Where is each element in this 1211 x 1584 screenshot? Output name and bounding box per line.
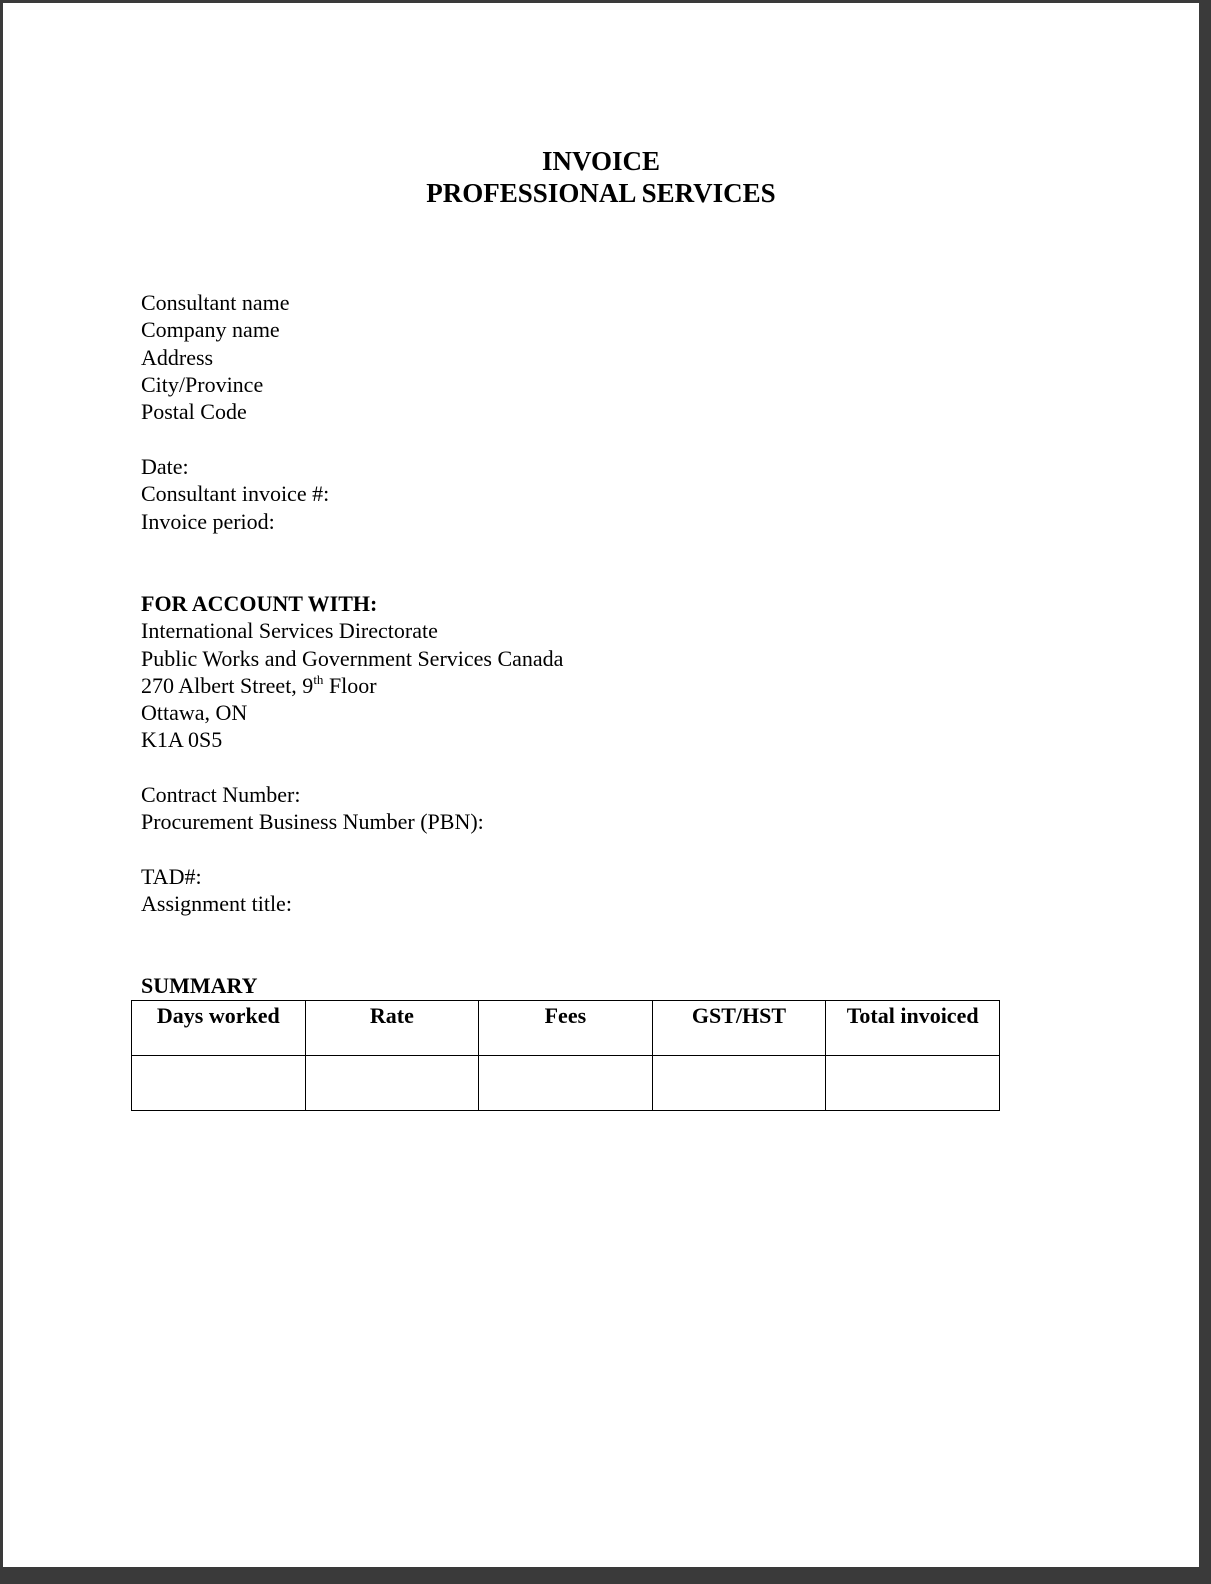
consultant-name: Consultant name: [141, 289, 289, 316]
invoice-title: INVOICE: [3, 145, 1199, 177]
cell-total-invoiced: [826, 1056, 1000, 1111]
account-department: Public Works and Government Services Can…: [141, 645, 563, 672]
account-city: Ottawa, ON: [141, 699, 563, 726]
col-gst-hst: GST/HST: [652, 1001, 826, 1056]
account-with: FOR ACCOUNT WITH: International Services…: [141, 590, 563, 754]
cell-rate: [305, 1056, 479, 1111]
col-fees: Fees: [479, 1001, 653, 1056]
city-province: City/Province: [141, 371, 289, 398]
table-row: [132, 1056, 1000, 1111]
tad-label: TAD#:: [141, 863, 292, 890]
summary-table: Days worked Rate Fees GST/HST Total invo…: [131, 1000, 1000, 1111]
pbn-label: Procurement Business Number (PBN):: [141, 808, 484, 835]
cell-gst-hst: [652, 1056, 826, 1111]
company-name: Company name: [141, 316, 289, 343]
assignment-info: TAD#: Assignment title:: [141, 863, 292, 918]
invoice-subtitle: PROFESSIONAL SERVICES: [3, 177, 1199, 209]
invoice-info: Date: Consultant invoice #: Invoice peri…: [141, 453, 329, 535]
invoice-number-label: Consultant invoice #:: [141, 480, 329, 507]
address: Address: [141, 344, 289, 371]
consultant-info: Consultant name Company name Address Cit…: [141, 289, 289, 425]
account-street: 270 Albert Street, 9th Floor: [141, 672, 563, 699]
account-directorate: International Services Directorate: [141, 617, 563, 644]
invoice-period-label: Invoice period:: [141, 508, 329, 535]
account-postal: K1A 0S5: [141, 726, 563, 753]
cell-days-worked: [132, 1056, 306, 1111]
account-heading: FOR ACCOUNT WITH:: [141, 590, 563, 617]
invoice-page: INVOICE PROFESSIONAL SERVICES Consultant…: [3, 3, 1199, 1567]
summary-header-row: Days worked Rate Fees GST/HST Total invo…: [132, 1001, 1000, 1056]
cell-fees: [479, 1056, 653, 1111]
assignment-title-label: Assignment title:: [141, 890, 292, 917]
col-total-invoiced: Total invoiced: [826, 1001, 1000, 1056]
contract-number-label: Contract Number:: [141, 781, 484, 808]
summary-label: SUMMARY: [141, 973, 258, 999]
col-days-worked: Days worked: [132, 1001, 306, 1056]
date-label: Date:: [141, 453, 329, 480]
contract-info: Contract Number: Procurement Business Nu…: [141, 781, 484, 836]
postal-code: Postal Code: [141, 398, 289, 425]
col-rate: Rate: [305, 1001, 479, 1056]
